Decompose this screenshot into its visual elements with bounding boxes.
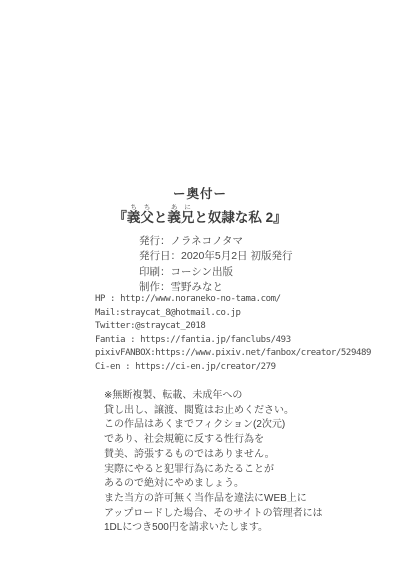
- contact-line: Ci-en : https://ci-en.jp/creator/279: [95, 361, 371, 375]
- contact-line: Fantia : https://fantia.jp/fanclubs/493: [95, 334, 371, 348]
- disclaimer-line: 賛美、誇張するものではありません。: [104, 448, 323, 463]
- disclaimer-line: 貸し出し、譲渡、閲覧はお止めください。: [104, 404, 323, 419]
- disclaimer-line: 1DLにつき500円を請求いたします。: [104, 521, 323, 536]
- disclaimer-line: 実際にやると犯罪行為にあたることが: [104, 463, 323, 478]
- publication-line: 発行：ノラネコノタマ: [139, 234, 292, 249]
- contact-line: Mail:straycat_8@hotmail.co.jp: [95, 307, 371, 321]
- publication-line: 発行日：2020年5月2日 初版発行: [139, 249, 292, 264]
- publication-info: 発行：ノラネコノタマ発行日：2020年5月2日 初版発行印刷：コーシン出版制作：…: [139, 234, 292, 295]
- colophon-page: ー奥付ー 『義父ちちと義兄あにと奴隷な私 2』 発行：ノラネコノタマ発行日：20…: [0, 0, 400, 565]
- disclaimer-line: あるので絶対にやめましょう。: [104, 477, 323, 492]
- contact-line: Twitter:@straycat_2018: [95, 320, 371, 334]
- disclaimer-text: ※無断複製、転載、未成年への貸し出し、譲渡、閲覧はお止めください。この作品はあく…: [104, 389, 323, 536]
- colophon-header: ー奥付ー: [0, 184, 400, 202]
- doujin-title: 『義父ちちと義兄あにと奴隷な私 2』: [0, 204, 400, 226]
- contact-line: HP : http://www.noraneko-no-tama.com/: [95, 293, 371, 307]
- disclaimer-line: また当方の許可無く当作品を違法にWEB上に: [104, 492, 323, 507]
- disclaimer-line: この作品はあくまでフィクション(2次元): [104, 418, 323, 433]
- disclaimer-line: ※無断複製、転載、未成年への: [104, 389, 323, 404]
- title-ruby-segment: 義父ちち: [127, 210, 154, 225]
- publication-line: 印刷：コーシン出版: [139, 265, 292, 280]
- title-ruby-segment: 義兄あに: [167, 210, 194, 225]
- contact-info: HP : http://www.noraneko-no-tama.com/Mai…: [95, 293, 371, 375]
- disclaimer-line: アップロードした場合、そのサイトの管理者には: [104, 507, 323, 522]
- disclaimer-line: であり、社会規範に反する性行為を: [104, 433, 323, 448]
- contact-line: pixivFANBOX:https://www.pixiv.net/fanbox…: [95, 347, 371, 361]
